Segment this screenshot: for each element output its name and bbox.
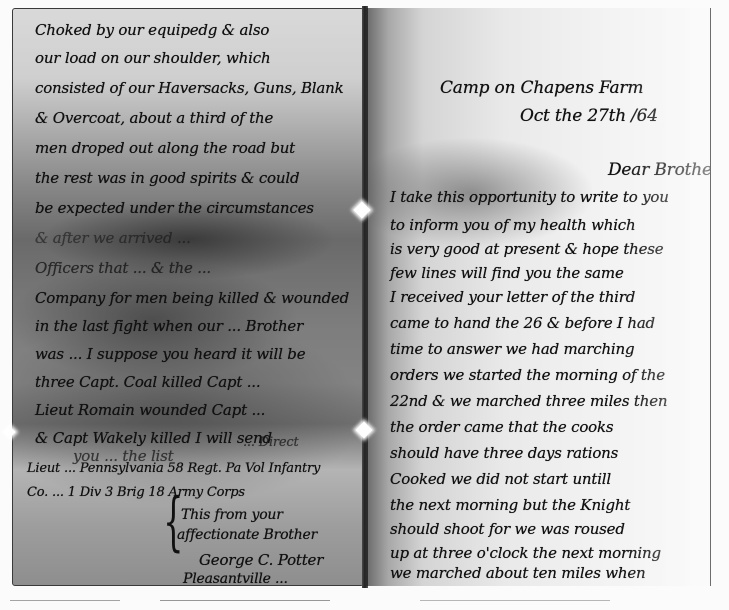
- letter-line: be expected under the circumstances: [35, 199, 314, 217]
- letter-line: Company for men being killed & wounded: [35, 289, 349, 307]
- salutation: Dear Brother: [608, 160, 711, 180]
- letter-line: our load on our shoulder, which: [35, 49, 270, 67]
- letter-line: time to answer we had marching: [390, 340, 634, 358]
- letter-line: Officers that ... & the ...: [35, 259, 211, 277]
- letter-line: ... Direct: [243, 435, 299, 450]
- letter-line: I take this opportunity to write to you: [390, 188, 669, 206]
- letter-line: & after we arrived ...: [35, 229, 191, 247]
- letter-line: should have three days rations: [390, 444, 618, 462]
- letter-date: Oct the 27th /64: [520, 106, 658, 126]
- address-line: Lieut ... Pennsylvania 58 Regt. Pa Vol I…: [27, 461, 320, 476]
- letter-line: the next morning but the Knight: [390, 496, 630, 514]
- closing-line: This from your: [181, 507, 283, 523]
- letter-line: & Overcoat, about a third of the: [35, 109, 273, 127]
- letter-line: should shoot for we was roused: [390, 520, 625, 538]
- letter-line: three Capt. Coal killed Capt ...: [35, 373, 260, 391]
- signature: George C. Potter: [199, 551, 323, 569]
- letter-line: we marched about ten miles when: [390, 564, 646, 582]
- letter-line: to inform you of my health which: [390, 216, 635, 234]
- letter-line: orders we started the morning of the: [390, 366, 665, 384]
- letter-line: the order came that the cooks: [390, 418, 613, 436]
- address-line: Co. ... 1 Div 3 Brig 18 Army Corps: [27, 485, 245, 500]
- letter-line: was ... I suppose you heard it will be: [35, 345, 305, 363]
- left-page: Choked by our equipedg & also our load o…: [12, 8, 364, 586]
- letter-line: the rest was in good spirits & could: [35, 169, 299, 187]
- closing-line: Pleasantville ...: [183, 571, 288, 586]
- letter-line: in the last fight when our ... Brother: [35, 317, 303, 335]
- letter-line: came to hand the 26 & before I had: [390, 314, 655, 332]
- letter-line: I received your letter of the third: [390, 288, 635, 306]
- letter-line: few lines will find you the same: [390, 264, 624, 282]
- scanned-letter: Choked by our equipedg & also our load o…: [0, 0, 729, 610]
- letter-line: men droped out along the road but: [35, 139, 295, 157]
- letter-line: Cooked we did not start untill: [390, 470, 611, 488]
- letter-line: & Capt Wakely killed I will send: [35, 429, 272, 447]
- letter-place: Camp on Chapens Farm: [440, 78, 643, 98]
- letter-line: consisted of our Haversacks, Guns, Blank: [35, 79, 344, 97]
- letter-line: Lieut Romain wounded Capt ...: [35, 401, 265, 419]
- letter-line: up at three o'clock the next morning: [390, 544, 661, 562]
- closing-line: affectionate Brother: [177, 527, 317, 543]
- letter-line: Choked by our equipedg & also: [35, 21, 269, 39]
- letter-line: is very good at present & hope these: [390, 240, 663, 258]
- letter-line: 22nd & we marched three miles then: [390, 392, 667, 410]
- scan-edge-artifacts: [0, 590, 729, 610]
- right-page: Camp on Chapens Farm Oct the 27th /64 De…: [366, 8, 711, 586]
